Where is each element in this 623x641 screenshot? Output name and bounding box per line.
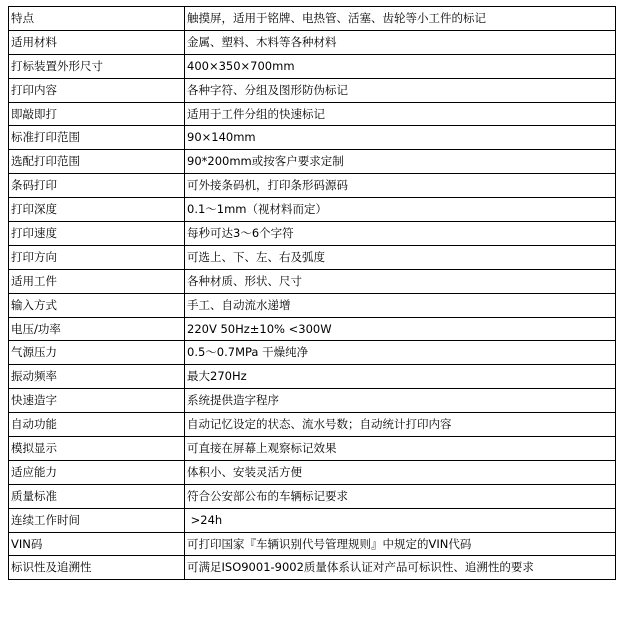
spec-value: 每秒可达3～6个字符	[185, 222, 616, 246]
spec-value: 各种材质、形状、尺寸	[185, 269, 616, 293]
table-row: 标识性及追溯性可满足ISO9001-9002质量体系认证对产品可标识性、追溯性的…	[9, 556, 616, 580]
spec-value: 金属、塑料、木料等各种材料	[185, 30, 616, 54]
spec-value: 手工、自动流水递增	[185, 293, 616, 317]
spec-value: 适用于工件分组的快速标记	[185, 102, 616, 126]
table-row: 适应能力体积小、安装灵活方便	[9, 460, 616, 484]
spec-label: 电压/功率	[9, 317, 185, 341]
spec-label: 打标装置外形尺寸	[9, 54, 185, 78]
spec-value: 自动记忆设定的状态、流水号数；自动统计打印内容	[185, 413, 616, 437]
spec-label: 振动频率	[9, 365, 185, 389]
table-row: 质量标准符合公安部公布的车辆标记要求	[9, 484, 616, 508]
specification-table: 特点触摸屏，适用于铭牌、电热管、活塞、齿轮等小工件的标记 适用材料金属、塑料、木…	[8, 6, 616, 580]
spec-label: 打印内容	[9, 78, 185, 102]
spec-label: 标识性及追溯性	[9, 556, 185, 580]
table-row: 打印方向可选上、下、左、右及弧度	[9, 245, 616, 269]
spec-value: 可直接在屏幕上观察标记效果	[185, 437, 616, 461]
spec-label: 快速造字	[9, 389, 185, 413]
spec-label: 适用材料	[9, 30, 185, 54]
spec-label: 打印速度	[9, 222, 185, 246]
spec-label: 打印深度	[9, 198, 185, 222]
spec-label: 输入方式	[9, 293, 185, 317]
table-row: 电压/功率220V 50Hz±10% <300W	[9, 317, 616, 341]
table-row: 气源压力0.5～0.7MPa 干燥纯净	[9, 341, 616, 365]
spec-value: 可打印国家『车辆识别代号管理规则』中规定的VIN代码	[185, 532, 616, 556]
table-row: 快速造字系统提供造字程序	[9, 389, 616, 413]
spec-value: >24h	[185, 508, 616, 532]
spec-label: 连续工作时间	[9, 508, 185, 532]
spec-label: VIN码	[9, 532, 185, 556]
spec-value: 各种字符、分组及图形防伪标记	[185, 78, 616, 102]
spec-value: 符合公安部公布的车辆标记要求	[185, 484, 616, 508]
table-row: 适用材料金属、塑料、木料等各种材料	[9, 30, 616, 54]
spec-value: 可选上、下、左、右及弧度	[185, 245, 616, 269]
table-row: 条码打印可外接条码机，打印条形码源码	[9, 174, 616, 198]
spec-label: 气源压力	[9, 341, 185, 365]
spec-value: 220V 50Hz±10% <300W	[185, 317, 616, 341]
table-row: 打印速度每秒可达3～6个字符	[9, 222, 616, 246]
table-row: 标准打印范围90×140mm	[9, 126, 616, 150]
table-row: 输入方式手工、自动流水递增	[9, 293, 616, 317]
table-row: VIN码可打印国家『车辆识别代号管理规则』中规定的VIN代码	[9, 532, 616, 556]
spec-label: 打印方向	[9, 245, 185, 269]
spec-label: 即敲即打	[9, 102, 185, 126]
spec-value: 400×350×700mm	[185, 54, 616, 78]
spec-value: 90×140mm	[185, 126, 616, 150]
table-row: 打印深度0.1～1mm（视材料而定）	[9, 198, 616, 222]
spec-label: 适用工件	[9, 269, 185, 293]
table-row: 打印内容各种字符、分组及图形防伪标记	[9, 78, 616, 102]
spec-label: 适应能力	[9, 460, 185, 484]
table-row: 选配打印范围90*200mm或按客户要求定制	[9, 150, 616, 174]
spec-label: 质量标准	[9, 484, 185, 508]
spec-label: 模拟显示	[9, 437, 185, 461]
spec-label: 条码打印	[9, 174, 185, 198]
table-row: 模拟显示可直接在屏幕上观察标记效果	[9, 437, 616, 461]
spec-value: 触摸屏，适用于铭牌、电热管、活塞、齿轮等小工件的标记	[185, 7, 616, 31]
spec-value: 90*200mm或按客户要求定制	[185, 150, 616, 174]
table-row: 自动功能自动记忆设定的状态、流水号数；自动统计打印内容	[9, 413, 616, 437]
specification-table-body: 特点触摸屏，适用于铭牌、电热管、活塞、齿轮等小工件的标记 适用材料金属、塑料、木…	[9, 7, 616, 580]
table-row: 连续工作时间 >24h	[9, 508, 616, 532]
table-row: 即敲即打适用于工件分组的快速标记	[9, 102, 616, 126]
spec-value: 可外接条码机，打印条形码源码	[185, 174, 616, 198]
table-row: 特点触摸屏，适用于铭牌、电热管、活塞、齿轮等小工件的标记	[9, 7, 616, 31]
table-row: 振动频率最大270Hz	[9, 365, 616, 389]
spec-value: 0.1～1mm（视材料而定）	[185, 198, 616, 222]
spec-value: 系统提供造字程序	[185, 389, 616, 413]
spec-label: 标准打印范围	[9, 126, 185, 150]
spec-label: 特点	[9, 7, 185, 31]
spec-value: 0.5～0.7MPa 干燥纯净	[185, 341, 616, 365]
table-row: 适用工件各种材质、形状、尺寸	[9, 269, 616, 293]
spec-label: 自动功能	[9, 413, 185, 437]
spec-value: 体积小、安装灵活方便	[185, 460, 616, 484]
spec-value: 可满足ISO9001-9002质量体系认证对产品可标识性、追溯性的要求	[185, 556, 616, 580]
spec-label: 选配打印范围	[9, 150, 185, 174]
spec-value: 最大270Hz	[185, 365, 616, 389]
table-row: 打标装置外形尺寸400×350×700mm	[9, 54, 616, 78]
